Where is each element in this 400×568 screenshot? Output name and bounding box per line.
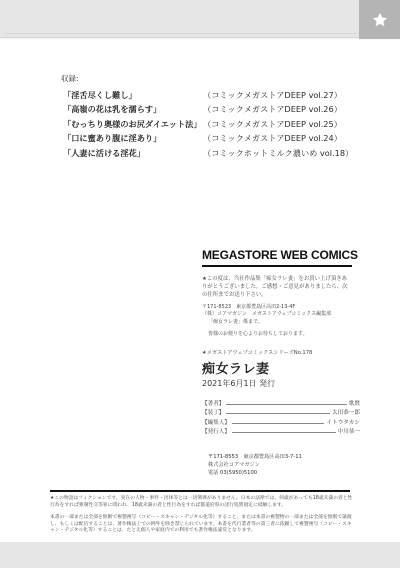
contents-item: 「口に蜜あり腹に淫あり」 （コミックメガストアDEEP vol.24） (61, 131, 361, 146)
section-divider (50, 490, 350, 492)
reader-mail-address: 〒171-8523 東京都豊島区高田2-13-4F （株）コアマガジン メガスト… (202, 304, 352, 327)
awaiting-letters: 皆様のお便りを心よりお待ちしております。 (202, 330, 352, 337)
copyright-notice: 本書の一部または全部を無断で複製複写（コピー・スキャン・デジタル化等）すること、… (50, 515, 355, 535)
contents-item: 「淫舌尽くし難し」 （コミックメガストアDEEP vol.27） (61, 88, 361, 103)
credit-row: 【編集人】 イトウタカシ (202, 419, 360, 428)
credit-role: 【著者】 (202, 400, 224, 409)
story-source: （コミックメガストアDEEP vol.25） (203, 117, 342, 132)
contents-item: 「人妻に活ける淫花」 （コミックホットミルク濃いめ vol.18） (61, 146, 361, 161)
book-page: 収録: 「淫舌尽くし難し」 （コミックメガストアDEEP vol.27） 「高嶺… (0, 40, 400, 526)
address-line: 「痴女ラレ妻」係まで。 (202, 319, 352, 327)
contents-list: 収録: 「淫舌尽くし難し」 （コミックメガストアDEEP vol.27） 「高嶺… (61, 72, 361, 160)
publisher-name: 株式会社コアマガジン (208, 461, 352, 469)
story-title: 「口に蜜あり腹に淫あり」 (61, 131, 203, 146)
thanks-message: ★この度は、当社作品集「痴女ラレ妻」をお買い上げ頂きありがとうございました。ご感… (202, 275, 352, 300)
bookmark-star-button[interactable] (359, 0, 400, 39)
story-title: 「淫舌尽くし難し」 (61, 88, 203, 103)
publisher-info: 〒171-8553 東京都豊島区高田3-7-11 株式会社コアマガジン 電話 0… (202, 453, 352, 477)
credit-name: 太田恭一郎 (332, 409, 360, 418)
credit-row: 【装丁】 太田恭一郎 (202, 409, 360, 418)
contents-item: 「むっちり奥様のお尻ダイエット法」 （コミックメガストアDEEP vol.25） (61, 117, 361, 132)
credit-name: 歌麿 (349, 400, 360, 409)
credit-role: 【装丁】 (202, 409, 224, 418)
leader-line (232, 432, 336, 433)
credit-row: 【著者】 歌麿 (202, 400, 360, 409)
story-source: （コミックメガストアDEEP vol.26） (203, 102, 342, 117)
story-source: （コミックメガストアDEEP vol.27） (203, 88, 342, 103)
story-source: （コミックメガストアDEEP vol.24） (203, 131, 342, 146)
contents-heading: 収録: (61, 72, 361, 87)
leader-line (232, 423, 325, 424)
brand-logo: MEGASTORE WEB COMICS (202, 248, 352, 267)
story-title: 「人妻に活ける淫花」 (61, 146, 203, 161)
toolbar-divider (4, 33, 358, 34)
star-icon (371, 11, 389, 29)
top-toolbar (0, 0, 400, 38)
publisher-address: 〒171-8553 東京都豊島区高田3-7-11 (208, 453, 352, 461)
publication-date: 2021年6月1日 発行 (202, 378, 352, 389)
credit-name: イトウタカシ (326, 419, 360, 428)
legal-notice: ★この物語はフィクションです。実在の人物・事件・団体等とは一切関係がありません。… (50, 496, 355, 535)
contents-item: 「高嶺の花は乳を濡らす」 （コミックメガストアDEEP vol.26） (61, 102, 361, 117)
credits-list: 【著者】 歌麿 【装丁】 太田恭一郎 【編集人】 イトウタカシ 【発行人】 中川… (202, 400, 360, 437)
credit-name: 中川恭一 (338, 428, 360, 437)
publisher-phone: 電話 03(5950)5100 (208, 469, 352, 477)
story-source: （コミックホットミルク濃いめ vol.18） (203, 146, 353, 161)
story-title: 「高嶺の花は乳を濡らす」 (61, 102, 203, 117)
leader-line (226, 413, 330, 414)
fiction-notice: ★この物語はフィクションです。実在の人物・事件・団体等とは一切関係がありません。… (50, 496, 355, 509)
bottom-toolbar (0, 542, 400, 568)
series-number: ★メガストアウェブコミックスシリーズNo.178 (202, 349, 352, 356)
story-title: 「むっちり奥様のお尻ダイエット法」 (61, 117, 203, 132)
credit-row: 【発行人】 中川恭一 (202, 428, 360, 437)
credit-role: 【発行人】 (202, 428, 230, 437)
colophon: MEGASTORE WEB COMICS ★この度は、当社作品集「痴女ラレ妻」を… (202, 248, 352, 477)
leader-line (226, 404, 346, 405)
credit-role: 【編集人】 (202, 419, 230, 428)
book-title: 痴女ラレ妻 (202, 358, 352, 377)
